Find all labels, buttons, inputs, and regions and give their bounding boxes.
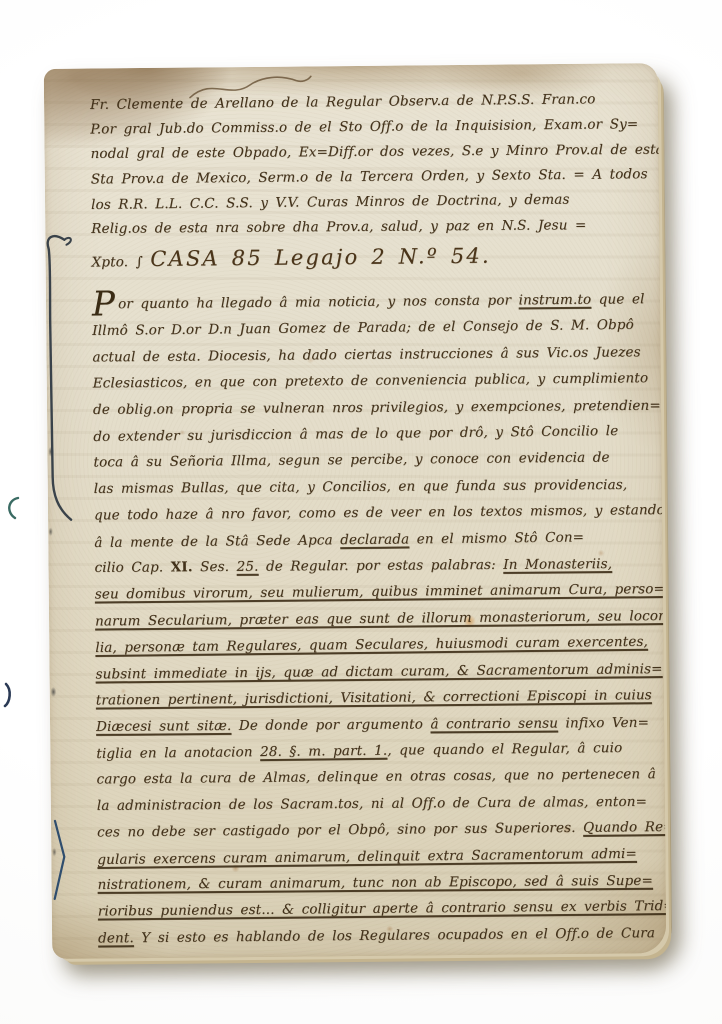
handwritten-text: toca â su Señoria Illma, segun se percib…	[93, 450, 609, 471]
handwritten-text: 25.	[237, 559, 259, 575]
handwritten-text: los R.R. L.L. C.C. S.S. y V.V. Curas Min…	[91, 192, 570, 213]
handwritten-text: P.or gral Jub.do Commiss.o de el Sto Off…	[90, 116, 638, 137]
handwritten-text: Xpto. ∫	[92, 254, 151, 271]
handwritten-text: do extender su jurisdiccion â mas de lo …	[93, 423, 618, 445]
handwritten-text: declarada	[340, 531, 409, 548]
handwritten-text: la administracion de los Sacram.tos, ni …	[97, 794, 647, 814]
photo-background: Fr. Clemente de Arellano de la Regular O…	[0, 0, 722, 1024]
manuscript-line: dent. Y si esto es hablando de los Regul…	[98, 920, 640, 952]
handwritten-text: narum Secularium, præter eas que sunt de…	[95, 607, 666, 629]
handwritten-text: infixo Ven=	[558, 714, 649, 731]
handwritten-text: nodal gral de este Obpado, Ex=Diff.or do…	[91, 142, 664, 162]
handwritten-text: rioribus puniendus est... & colligitur a…	[98, 898, 666, 920]
handwritten-text: cilio Cap.	[94, 559, 170, 576]
handwritten-text: de Regular. por estas palabras:	[258, 557, 503, 575]
manuscript-line: nodal gral de este Obpado, Ex=Diff.or do…	[90, 138, 632, 167]
manuscript-page: Fr. Clemente de Arellano de la Regular O…	[44, 63, 667, 959]
handwritten-text: In Monasteriis,	[503, 556, 612, 573]
handwritten-text: â contrario sensu	[430, 715, 558, 732]
handwritten-text: Quando Re=	[583, 819, 666, 836]
handwritten-text: trationen pertinent, jurisdictioni, Visi…	[96, 687, 652, 708]
manuscript-line: las mismas Bullas, que cita, y Concilios…	[94, 472, 636, 502]
manuscript-line: Xpto. ∫ CASA 85 Legajo 2 N.º 54.	[91, 237, 633, 279]
handwritten-text: Eclesiasticos, en que con pretexto de co…	[93, 370, 649, 391]
handwritten-text: ces no debe ser castigado por el Obpô, s…	[97, 820, 583, 841]
handwritten-text: dent.	[98, 930, 134, 946]
handwritten-text: De donde por argumento	[231, 716, 430, 733]
manuscript-line: cilio Cap. XI. Ses. 25. de Regular. por …	[94, 551, 636, 581]
handwritten-text: cargo esta la cura de Almas, delinque en…	[96, 766, 655, 787]
manuscript-line: la administracion de los Sacram.tos, ni …	[97, 789, 639, 819]
manuscript-line: nistrationem, & curam animarum, tunc non…	[97, 868, 639, 898]
handwritten-text: Ses.	[193, 559, 237, 575]
handwritten-text: , que quando el Regular, â cuio	[387, 740, 622, 759]
handwritten-text: tiglia en la anotacion	[96, 744, 260, 762]
handwritten-text: subsint immediate in ijs, quæ ad dictam …	[95, 661, 662, 682]
binding-thread-icon	[49, 817, 70, 907]
handwritten-text: en el mismo Stô Con=	[409, 529, 584, 547]
manuscript-line: Relig.os de esta nra sobre dha Prov.a, s…	[91, 213, 633, 242]
handwritten-text: 28. §. m. part. 1.	[260, 743, 387, 760]
handwritten-text: instrum.to	[519, 292, 592, 309]
handwritten-text: XI.	[171, 559, 193, 575]
handwritten-text: las mismas Bullas, que cita, y Concilios…	[94, 477, 628, 497]
handwritten-text: Relig.os de esta nra sobre dha Prov.a, s…	[91, 217, 586, 237]
margin-bracket-icon	[44, 229, 76, 529]
manuscript-line: trationen pertinent, jurisdictioni, Visi…	[96, 682, 638, 714]
handwritten-text: que todo haze â nro favor, como es de ve…	[94, 502, 665, 523]
handwritten-text: or quanto ha llegado â mia noticia, y no…	[118, 292, 519, 312]
handwritten-text: de oblig.on propria se vulneran nros pri…	[93, 397, 661, 417]
handwritten-text: actual de esta. Diocesis, ha dado cierta…	[92, 344, 640, 365]
handwritten-text: Fr. Clemente de Arellano de la Regular O…	[90, 91, 596, 113]
handwritten-text: Sta Prov.a de Mexico, Serm.o de la Terce…	[91, 166, 648, 187]
handwritten-text: que el	[591, 291, 644, 308]
archival-mark: CASA 85 Legajo 2 N.º 54.	[150, 244, 491, 271]
handwritten-text: nistrationem, & curam animarum, tunc non…	[98, 873, 653, 893]
handwritten-text: gularis exercens curam animarum, delinqu…	[97, 845, 637, 867]
manuscript-line: Eclesiasticos, en que con pretexto de co…	[93, 366, 635, 398]
handwritten-text: lia, personæ tam Regulares, quam Secular…	[95, 634, 648, 656]
spine-thread-icon	[2, 492, 26, 712]
handwritten-text: Illmô S.or D.or D.n Juan Gomez de Parada…	[92, 317, 634, 339]
handwritten-text: seu domibus virorum, seu mulierum, quibu…	[95, 581, 665, 602]
handwritten-text: â la mente de la Stâ Sede Apca	[94, 532, 340, 551]
handwritten-text: Diæcesi sunt sitæ.	[96, 717, 231, 734]
manuscript-text: Fr. Clemente de Arellano de la Regular O…	[90, 87, 640, 951]
handwritten-text: Y si esto es hablando de los Regulares o…	[134, 925, 655, 946]
